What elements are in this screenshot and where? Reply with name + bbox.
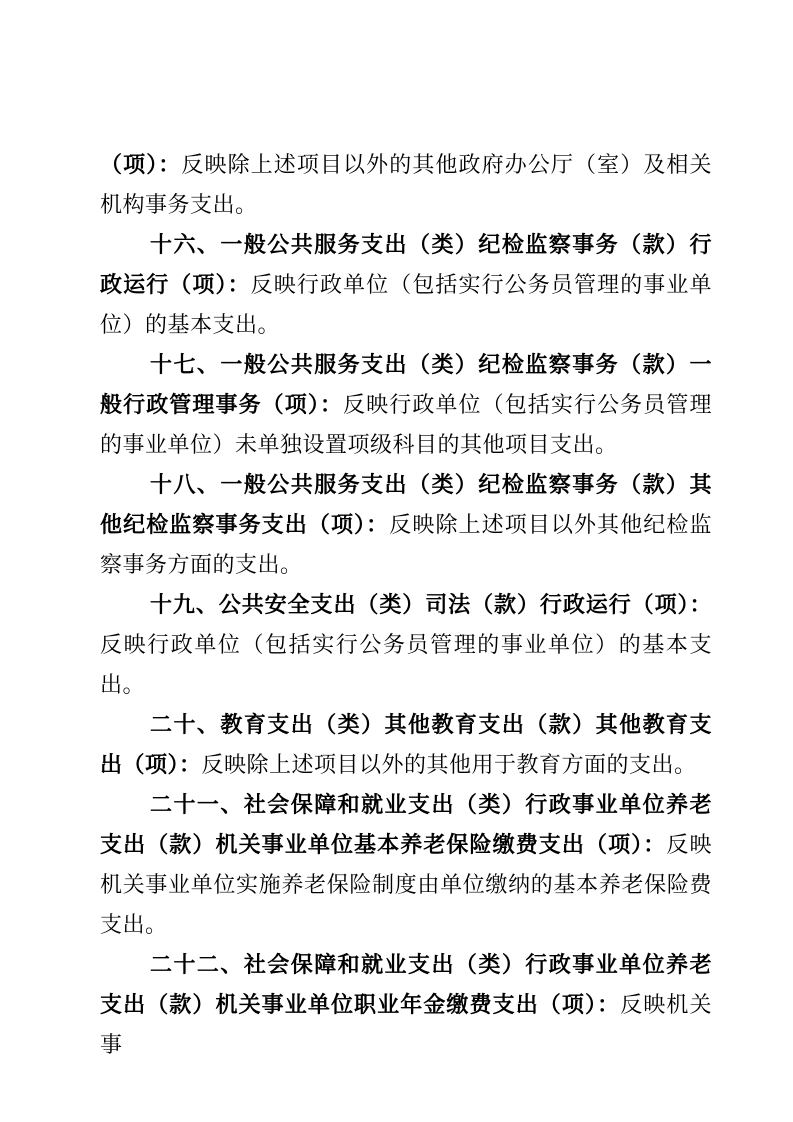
budget-item-heading: 十九、公共安全支出（类）司法（款）行政运行（项）： [150,592,712,617]
budget-item-description: 反映除上述项目以外的其他政府办公厅（室）及相关机构事务支出。 [100,152,712,217]
budget-item-heading: （项）： [100,152,181,177]
paragraph: （项）：反映除上述项目以外的其他政府办公厅（室）及相关机构事务支出。 [100,145,712,225]
document-page: （项）：反映除上述项目以外的其他政府办公厅（室）及相关机构事务支出。 十六、一般… [0,0,793,1122]
paragraph: 二十、教育支出（类）其他教育支出（款）其他教育支出（项）：反映除上述项目以外的其… [100,705,712,785]
budget-item-description: 反映除上述项目以外的其他用于教育方面的支出。 [202,752,697,777]
paragraph: 二十一、社会保障和就业支出（类）行政事业单位养老支出（款）机关事业单位基本养老保… [100,785,712,945]
paragraph: 十九、公共安全支出（类）司法（款）行政运行（项）：反映行政单位（包括实行公务员管… [100,585,712,705]
budget-item-description: 反映行政单位（包括实行公务员管理的事业单位）的基本支出。 [100,632,712,697]
document-body: （项）：反映除上述项目以外的其他政府办公厅（室）及相关机构事务支出。 十六、一般… [100,145,712,1065]
paragraph: 十七、一般公共服务支出（类）纪检监察事务（款）一般行政管理事务（项）：反映行政单… [100,345,712,465]
paragraph: 十六、一般公共服务支出（类）纪检监察事务（款）行政运行（项）：反映行政单位（包括… [100,225,712,345]
paragraph: 十八、一般公共服务支出（类）纪检监察事务（款）其他纪检监察事务支出（项）：反映除… [100,465,712,585]
paragraph: 二十二、社会保障和就业支出（类）行政事业单位养老支出（款）机关事业单位职业年金缴… [100,945,712,1065]
budget-item-heading: 二十一、社会保障和就业支出（类）行政事业单位养老支出（款）机关事业单位基本养老保… [100,792,712,857]
